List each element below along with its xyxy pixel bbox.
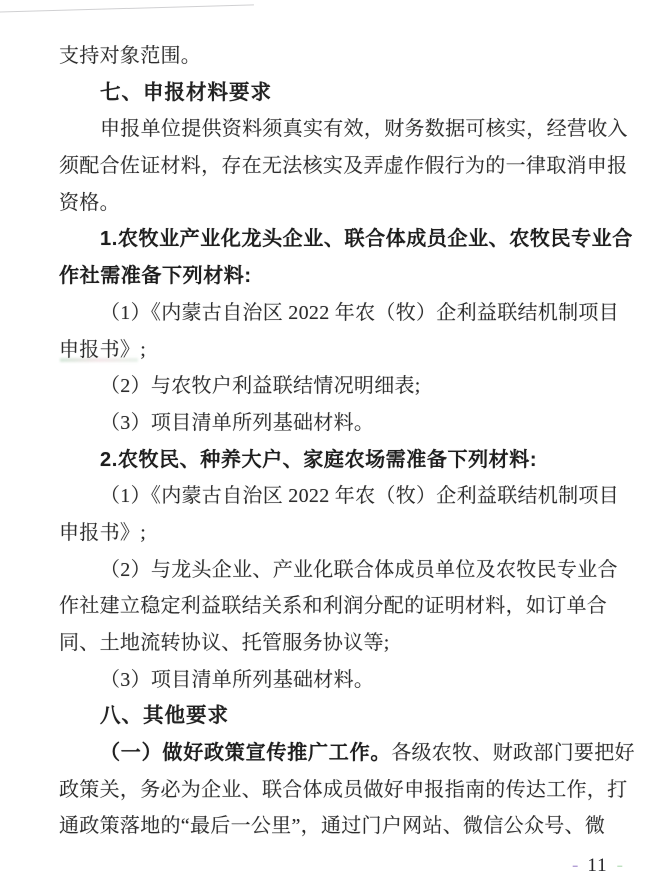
list-item: （1）《内蒙古自治区 2022 年农（牧）企利益联结机制项目	[59, 295, 625, 332]
list-item-continuation: 申报书》;	[59, 332, 625, 369]
list-item-continuation: 同、土地流转协议、托管服务协议等;	[59, 625, 625, 662]
scan-artifact-line	[0, 4, 254, 12]
document-page: 支持对象范围。 七、申报材料要求 申报单位提供资料须真实有效，财务数据可核实，经…	[0, 0, 667, 894]
subheading-item-1-continuation: 作社需准备下列材料:	[59, 258, 625, 295]
subheading-item-2: 2.农牧民、种养大户、家庭农场需准备下列材料:	[59, 442, 625, 479]
list-item: （2）与龙头企业、产业化联合体成员单位及农牧民专业合	[59, 552, 625, 589]
subheading-item-1: 1.农牧业产业化龙头企业、联合体成员企业、农牧民专业合	[59, 221, 625, 258]
page-number: -11-	[572, 852, 623, 880]
list-item: （3）项目清单所列基础材料。	[59, 662, 625, 699]
paragraph-line: （一）做好政策宣传推广工作。各级农牧、财政部门要把好	[59, 735, 625, 772]
paragraph-line: 申报单位提供资料须真实有效，财务数据可核实，经营收入	[59, 111, 625, 148]
list-item: （2）与农牧户利益联结情况明细表;	[59, 368, 625, 405]
paragraph-line: 资格。	[59, 185, 625, 222]
paragraph-line: 通政策落地的“最后一公里”，通过门户网站、微信公众号、微	[59, 808, 625, 845]
paragraph-line: 政策关，务必为企业、联合体成员做好申报指南的传达工作，打	[59, 772, 625, 809]
page-number-left-dash: -	[572, 855, 587, 876]
heading-section-eight: 八、其他要求	[59, 698, 625, 735]
document-body: 支持对象范围。 七、申报材料要求 申报单位提供资料须真实有效，财务数据可核实，经…	[59, 38, 625, 845]
heading-section-seven: 七、申报材料要求	[59, 75, 625, 112]
paragraph-text: 各级农牧、财政部门要把好	[391, 742, 635, 764]
page-number-value: 11	[587, 855, 607, 876]
paragraph-continuation: 支持对象范围。	[59, 38, 625, 75]
list-item: （1）《内蒙古自治区 2022 年农（牧）企利益联结机制项目	[59, 478, 625, 515]
list-item-continuation: 作社建立稳定利益联结关系和利润分配的证明材料，如订单合	[59, 588, 625, 625]
page-number-right-dash: -	[608, 855, 623, 876]
list-item-continuation: 申报书》;	[59, 515, 625, 552]
list-item: （3）项目清单所列基础材料。	[59, 405, 625, 442]
paragraph-line: 须配合佐证材料，存在无法核实及弄虚作假行为的一律取消申报	[59, 148, 625, 185]
paragraph-lead-in-bold: （一）做好政策宣传推广工作。	[100, 742, 391, 764]
